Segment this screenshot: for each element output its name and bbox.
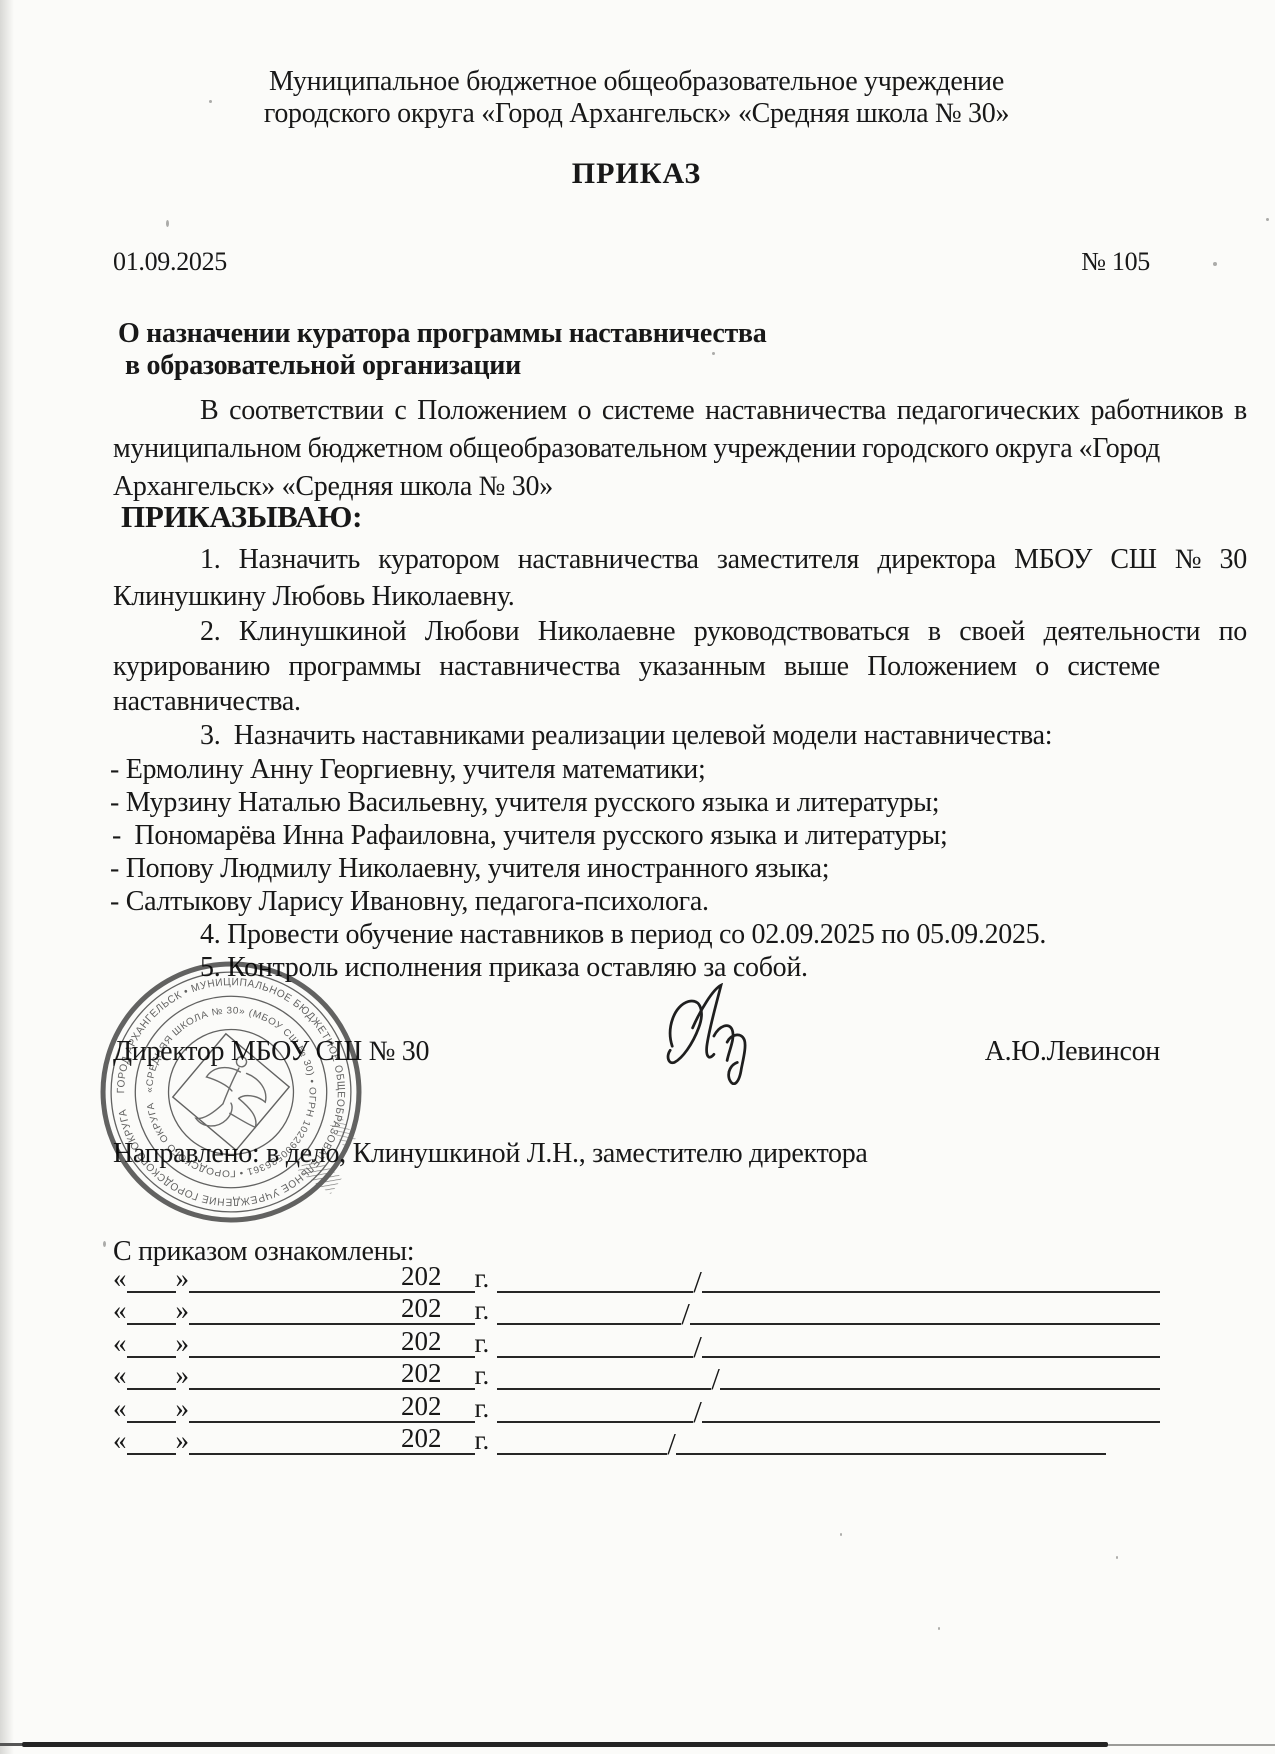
scan-speck — [166, 220, 169, 227]
signature-blank-line — [497, 1361, 711, 1390]
year-prefix: 202 — [401, 1359, 442, 1390]
word: педагогических — [897, 395, 1080, 427]
close-quote: » — [176, 1394, 190, 1423]
acknowledgement-row: «»202г./ — [113, 1296, 1160, 1325]
word: соответствии — [229, 395, 384, 427]
year-blank-line — [442, 1361, 475, 1390]
year-suffix: г. — [475, 1394, 490, 1423]
mentor-item: - Мурзину Наталью Васильевну, учителя ру… — [110, 787, 1157, 819]
word: общеобразовательном — [449, 433, 707, 465]
year-suffix: г. — [475, 1264, 490, 1293]
slash-separator: / — [681, 1299, 690, 1328]
word: Любови — [425, 616, 520, 648]
order-item2-line1: 2.КлинушкинойЛюбовиНиколаевнеруководство… — [113, 616, 1247, 648]
word: заместителя — [717, 544, 859, 576]
slash-separator: / — [693, 1397, 702, 1426]
order-item4: 4. Провести обучение наставников в перио… — [113, 919, 1247, 951]
mentor-item: - Ермолину Анну Георгиевну, учителя мате… — [110, 754, 1157, 786]
open-quote: « — [113, 1264, 127, 1293]
open-quote: « — [113, 1361, 127, 1390]
year-blank-line — [442, 1329, 475, 1358]
mentor-item: - Салтыкову Ларису Ивановну, педагога-пс… — [110, 886, 1157, 918]
word: руководствоваться — [694, 616, 910, 648]
month-blank-line — [189, 1394, 401, 1423]
month-blank-line — [189, 1264, 401, 1293]
word: Назначить — [239, 544, 360, 576]
day-blank-line — [127, 1264, 176, 1293]
word: о — [578, 395, 592, 427]
acknowledgement-row: «»202г./ — [113, 1361, 1160, 1390]
scan-edge-shadow — [0, 0, 14, 1754]
close-quote: » — [176, 1264, 190, 1293]
order-item1-line1: 1.Назначитькураторомнаставничествазамест… — [113, 544, 1247, 576]
scanned-order-document: Муниципальное бюджетное общеобразователь… — [0, 0, 1275, 1754]
day-blank-line — [127, 1329, 176, 1358]
resolution-word: ПРИКАЗЫВАЮ: — [121, 501, 1168, 533]
scan-artifact-line — [22, 1742, 1108, 1747]
director-signature — [658, 983, 780, 1085]
year-blank-line — [442, 1296, 475, 1325]
org-name-line2: городского округа «Город Архангельск» «С… — [113, 98, 1160, 130]
order-item3: 3. Назначить наставниками реализации цел… — [113, 720, 1247, 752]
slash-separator: / — [667, 1429, 676, 1458]
word: деятельности — [1043, 616, 1200, 648]
slash-separator: / — [711, 1364, 720, 1393]
mentor-item: - Пономарёва Инна Рафаиловна, учителя ру… — [112, 820, 1159, 852]
word: по — [1219, 616, 1247, 648]
scan-speck — [840, 1533, 842, 1536]
scan-speck — [1266, 218, 1269, 221]
word: программы — [288, 651, 420, 683]
open-quote: « — [113, 1394, 127, 1423]
fullname-blank-line — [690, 1296, 1160, 1325]
word: о — [1035, 651, 1049, 683]
fullname-blank-line — [702, 1329, 1160, 1358]
year-prefix: 202 — [401, 1262, 442, 1293]
signature-blank-line — [497, 1296, 681, 1325]
slash-separator: / — [693, 1332, 702, 1361]
word: 2. — [200, 616, 220, 648]
word: своей — [959, 616, 1025, 648]
word: выше — [784, 651, 849, 683]
scan-speck — [1213, 262, 1217, 266]
word: бюджетном — [308, 433, 443, 465]
word: МБОУ — [1014, 544, 1092, 576]
word: СШ — [1110, 544, 1156, 576]
word: В — [200, 395, 218, 427]
intro-paragraph-line1: ВсоответствиисПоложениемосистеменаставни… — [113, 395, 1247, 427]
word: 30 — [1220, 544, 1247, 576]
word: Положением — [417, 395, 567, 427]
mentor-item: - Попову Людмилу Николаевну, учителя ино… — [110, 853, 1157, 885]
year-suffix: г. — [475, 1296, 490, 1325]
word: в — [1234, 395, 1247, 427]
director-name: А.Ю.Левинсон — [985, 1036, 1160, 1068]
year-prefix: 202 — [401, 1424, 442, 1455]
acknowledgement-row: «»202г./ — [113, 1264, 1160, 1293]
scan-speck — [1116, 1556, 1118, 1559]
year-blank-line — [442, 1264, 475, 1293]
year-suffix: г. — [475, 1329, 490, 1358]
svg-text:«СРЕДНЯЯ ШКОЛА № 30» (МБОУ СШ: «СРЕДНЯЯ ШКОЛА № 30» (МБОУ СШ № 30) • ОГ… — [137, 998, 325, 1186]
year-prefix: 202 — [401, 1294, 442, 1325]
order-item1-line2: Клинушкину Любовь Николаевну. — [113, 581, 1160, 613]
year-prefix: 202 — [401, 1392, 442, 1423]
month-blank-line — [189, 1426, 401, 1455]
day-blank-line — [127, 1394, 176, 1423]
month-blank-line — [189, 1296, 401, 1325]
order-item2-line2: курированиюпрограммынаставничествауказан… — [113, 651, 1160, 683]
signature-blank-line — [497, 1264, 693, 1293]
year-blank-line — [442, 1394, 475, 1423]
word: системе — [602, 395, 695, 427]
word: муниципальном — [113, 433, 301, 465]
word: указанным — [639, 651, 766, 683]
scan-speck — [712, 352, 715, 355]
month-blank-line — [189, 1329, 401, 1358]
word: Николаевне — [538, 616, 675, 648]
stamp-emblem-angel-figure — [191, 1055, 269, 1132]
close-quote: » — [176, 1361, 190, 1390]
scan-artifact-line — [1108, 1744, 1275, 1746]
word: наставничества — [705, 395, 886, 427]
close-quote: » — [176, 1426, 190, 1455]
word: директора — [877, 544, 996, 576]
year-suffix: г. — [475, 1361, 490, 1390]
month-blank-line — [189, 1361, 401, 1390]
scan-speck — [938, 1627, 940, 1630]
official-round-stamp-icon: ГОРОД АРХАНГЕЛЬСК • МУНИЦИПАЛЬНОЕ БЮДЖЕТ… — [86, 947, 376, 1237]
signature-blank-line — [497, 1426, 667, 1455]
word: с — [394, 395, 406, 427]
day-blank-line — [127, 1426, 176, 1455]
word: Клинушкиной — [239, 616, 406, 648]
document-type-title: ПРИКАЗ — [113, 158, 1160, 190]
word: куратором — [378, 544, 499, 576]
open-quote: « — [113, 1296, 127, 1325]
word: системе — [1067, 651, 1160, 683]
word: курированию — [113, 651, 270, 683]
order-date: 01.09.2025 — [113, 246, 227, 278]
word: № — [1175, 544, 1201, 576]
word: наставничества — [439, 651, 620, 683]
year-suffix: г. — [475, 1426, 490, 1455]
day-blank-line — [127, 1361, 176, 1390]
slash-separator: / — [693, 1267, 702, 1296]
scan-speck — [103, 1241, 106, 1247]
fullname-blank-line — [720, 1361, 1160, 1390]
open-quote: « — [113, 1329, 127, 1358]
year-blank-line — [442, 1426, 475, 1455]
year-prefix: 202 — [401, 1327, 442, 1358]
scan-artifact-line — [0, 1743, 22, 1746]
acknowledgement-row: «»202г./ — [113, 1394, 1160, 1423]
close-quote: » — [176, 1329, 190, 1358]
word: учреждении — [713, 433, 855, 465]
org-name-line1: Муниципальное бюджетное общеобразователь… — [113, 66, 1160, 98]
stamp-inner-ring-text: «СРЕДНЯЯ ШКОЛА № 30» (МБОУ СШ № 30) • ОГ… — [137, 998, 325, 1186]
open-quote: « — [113, 1426, 127, 1455]
close-quote: » — [176, 1296, 190, 1325]
fullname-blank-line — [676, 1426, 1106, 1455]
signature-blank-line — [497, 1329, 693, 1358]
signature-blank-line — [497, 1394, 693, 1423]
subject-line2: в образовательной организации — [125, 350, 1172, 382]
word: 1. — [200, 544, 220, 576]
word: Положением — [867, 651, 1017, 683]
word: городского — [862, 433, 989, 465]
word: в — [928, 616, 941, 648]
word: работников — [1090, 395, 1223, 427]
acknowledgement-row: «»202г./ — [113, 1329, 1160, 1358]
day-blank-line — [127, 1296, 176, 1325]
order-number: № 105 — [1081, 246, 1150, 278]
intro-paragraph-line2: муниципальномбюджетномобщеобразовательно… — [113, 433, 1160, 465]
order-item2-line3: наставничества. — [113, 686, 1160, 718]
word: «Город — [1079, 433, 1160, 465]
word: наставничества — [518, 544, 699, 576]
scan-speck — [209, 100, 212, 103]
acknowledgement-row: «»202г./ — [113, 1426, 1160, 1455]
fullname-blank-line — [702, 1394, 1160, 1423]
word: округа — [995, 433, 1072, 465]
date-number-row: 01.09.2025 № 105 — [113, 246, 1160, 278]
subject-line1: О назначении куратора программы наставни… — [118, 318, 1165, 350]
fullname-blank-line — [702, 1264, 1160, 1293]
